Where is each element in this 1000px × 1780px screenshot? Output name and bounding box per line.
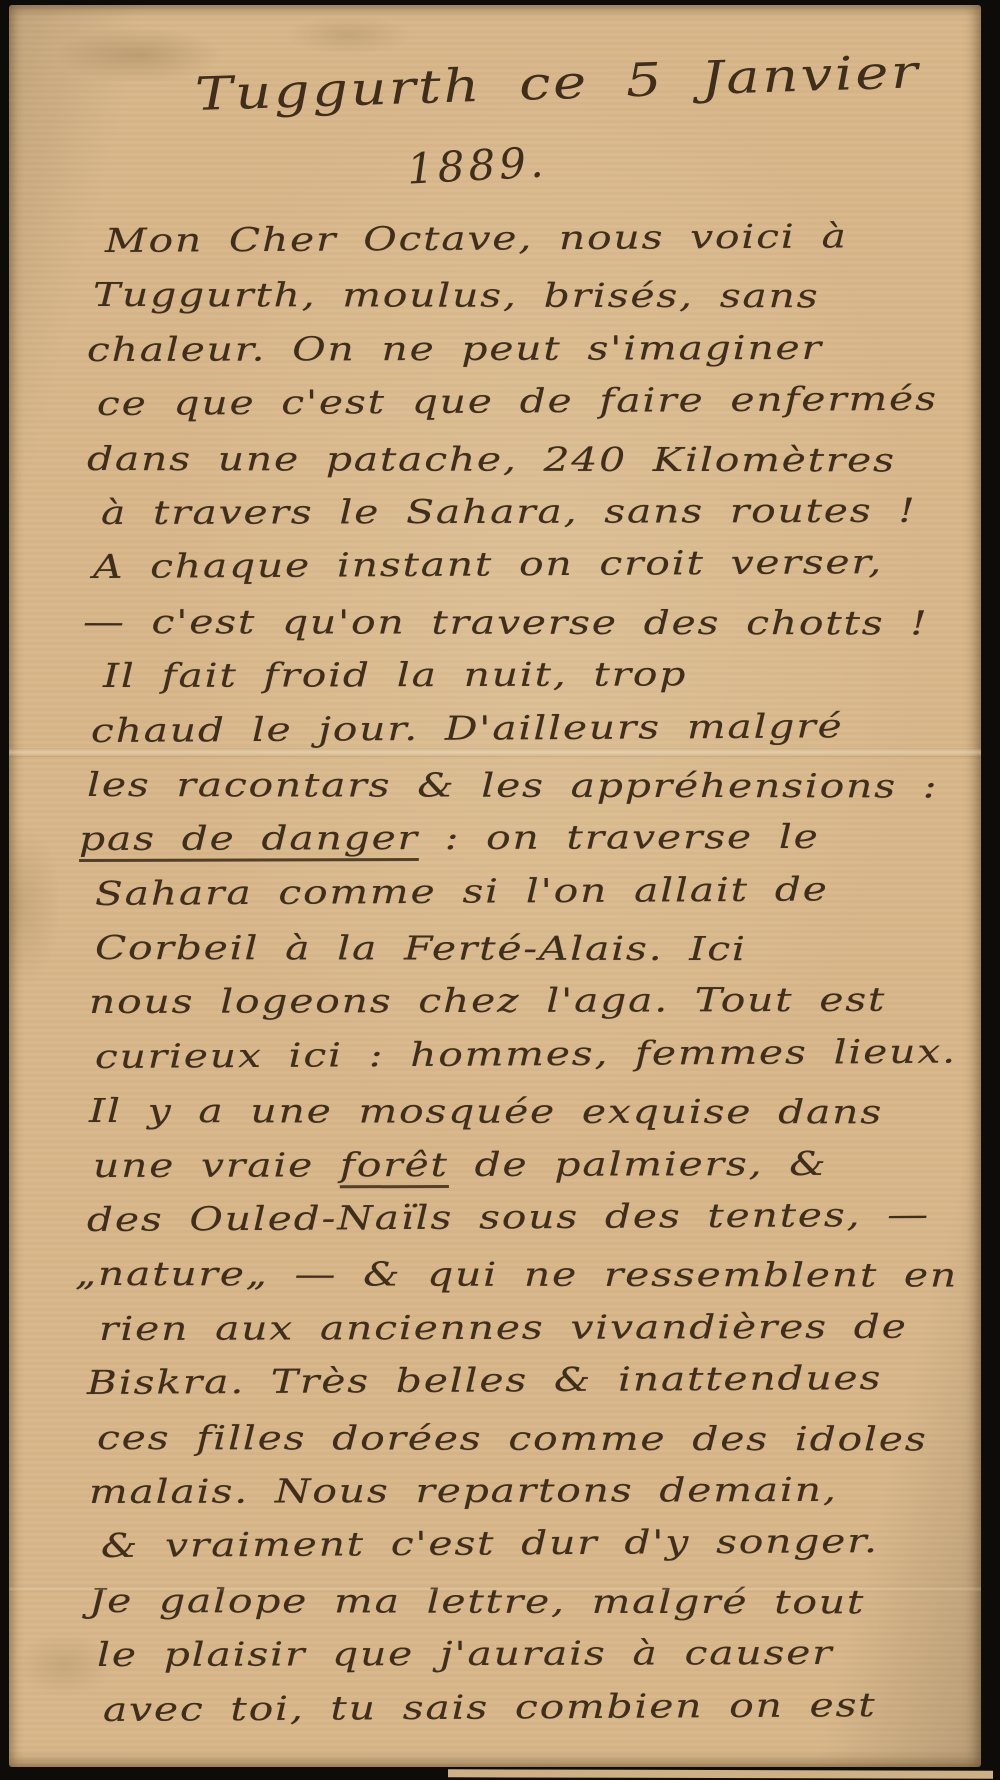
underlined-phrase: pas de danger — [79, 818, 419, 862]
letter-line: avec toi, tu sais combien on est — [103, 1683, 1000, 1744]
letter-line: — c'est qu'on traverse des chotts ! — [83, 602, 1000, 658]
letter-text: à travers le Sahara, sans routes ! — [101, 491, 917, 532]
letter-line: nous logeons chez l'aga. Tout est — [89, 979, 1000, 1036]
letter-text: „nature„ — & qui ne ressemblent en — [75, 1254, 958, 1294]
letter-text: Corbeil à la Ferté-Alais. Ici — [95, 928, 747, 968]
underlined-phrase: forêt — [340, 1145, 449, 1188]
letter-text: Il y a une mosquée exquise dans — [89, 1091, 883, 1131]
letter-line: Mon Cher Octave, nous voici à — [105, 214, 1000, 275]
letter-line: des Ouled-Naïls sous des tentes, — — [87, 1193, 1000, 1254]
letter-text: rien aux anciennes vivandières de — [99, 1307, 908, 1348]
letter-line: malais. Nous repartons demain, — [89, 1469, 1000, 1526]
letter-text: ces filles dorées comme des idoles — [97, 1418, 928, 1458]
letter-text: curieux ici : hommes, femmes lieux. — [95, 1031, 957, 1075]
letter-line: le plaisir que j'aurais à causer — [97, 1632, 1000, 1689]
letter-text: une vraie — [93, 1145, 340, 1185]
letter-text: : on traverse le — [419, 817, 820, 857]
letter-line: Tuggurth, moulus, brisés, sans — [93, 275, 1000, 331]
letter-text: les racontars & les appréhensions : — [87, 765, 938, 805]
fold-crease-faint — [9, 1586, 981, 1592]
letter-line: rien aux anciennes vivandières de — [99, 1306, 1000, 1363]
letter-line: Il y a une mosquée exquise dans — [89, 1091, 1000, 1147]
letter-text: avec toi, tu sais combien on est — [103, 1685, 877, 1729]
letter-line: A chaque instant on croit verser, — [93, 540, 1000, 601]
scan-background: Tuggurth ce 5 Janvier 1889. Mon Cher Oct… — [0, 0, 1000, 1780]
letter-line: „nature„ — & qui ne ressemblent en — [75, 1254, 1000, 1310]
letter-text: A chaque instant on croit verser, — [93, 542, 883, 586]
letter-text: des Ouled-Naïls sous des tentes, — — [87, 1195, 930, 1239]
letter-line: Sahara comme si l'on allait de — [95, 867, 1000, 928]
letter-text: de palmiers, & — [449, 1144, 828, 1184]
letter-line: Biskra. Très belles & inattendues — [87, 1356, 1000, 1417]
letter-line: ces filles dorées comme des idoles — [97, 1418, 1000, 1474]
letter-text: Il fait froid la nuit, trop — [103, 654, 687, 695]
letter-line: à travers le Sahara, sans routes ! — [101, 490, 1000, 547]
fold-crease — [9, 748, 981, 757]
letter-line: curieux ici : hommes, femmes lieux. — [95, 1030, 1000, 1091]
letter-line: pas de danger : on traverse le — [79, 816, 1000, 873]
letter-line: Corbeil à la Ferté-Alais. Ici — [95, 928, 1000, 984]
letter-line: & vraiment c'est dur d'y songer. — [101, 1520, 1000, 1581]
letter-paper: Tuggurth ce 5 Janvier 1889. Mon Cher Oct… — [9, 5, 981, 1767]
letter-text: chaud le jour. D'ailleurs malgré — [91, 706, 844, 750]
letter-line: les racontars & les appréhensions : — [87, 765, 1000, 821]
letter-body: Mon Cher Octave, nous voici àTuggurth, m… — [87, 221, 967, 1744]
letter-line: ce que c'est que de faire enfermés — [97, 377, 1000, 438]
letter-text: malais. Nous repartons demain, — [89, 1470, 838, 1511]
letter-text: dans une patache, 240 Kilomètres — [87, 439, 896, 479]
letter-text: ce que c'est que de faire enfermés — [97, 379, 938, 423]
letter-line: une vraie forêt de palmiers, & — [93, 1143, 1000, 1200]
letter-line: chaleur. On ne peut s'imaginer — [87, 327, 1000, 384]
letter-text: nous logeons chez l'aga. Tout est — [89, 980, 886, 1021]
letter-heading-location-date: Tuggurth ce 5 Janvier — [194, 40, 1000, 121]
letter-text: & vraiment c'est dur d'y songer. — [101, 1521, 879, 1565]
letter-text: Biskra. Très belles & inattendues — [87, 1358, 883, 1402]
paper-edge-strip — [448, 1769, 993, 1778]
letter-text: chaleur. On ne peut s'imaginer — [87, 328, 823, 369]
letter-text: — c'est qu'on traverse des chotts ! — [83, 602, 929, 642]
letter-text: le plaisir que j'aurais à causer — [97, 1633, 834, 1674]
letter-text: Sahara comme si l'on allait de — [95, 869, 829, 913]
letter-line: Il fait froid la nuit, trop — [103, 653, 1000, 710]
letter-line: dans une patache, 240 Kilomètres — [87, 439, 1000, 495]
letter-text: Mon Cher Octave, nous voici à — [105, 216, 848, 260]
letter-text: Tuggurth, moulus, brisés, sans — [93, 275, 820, 315]
letter-heading-year: 1889. — [406, 137, 549, 193]
